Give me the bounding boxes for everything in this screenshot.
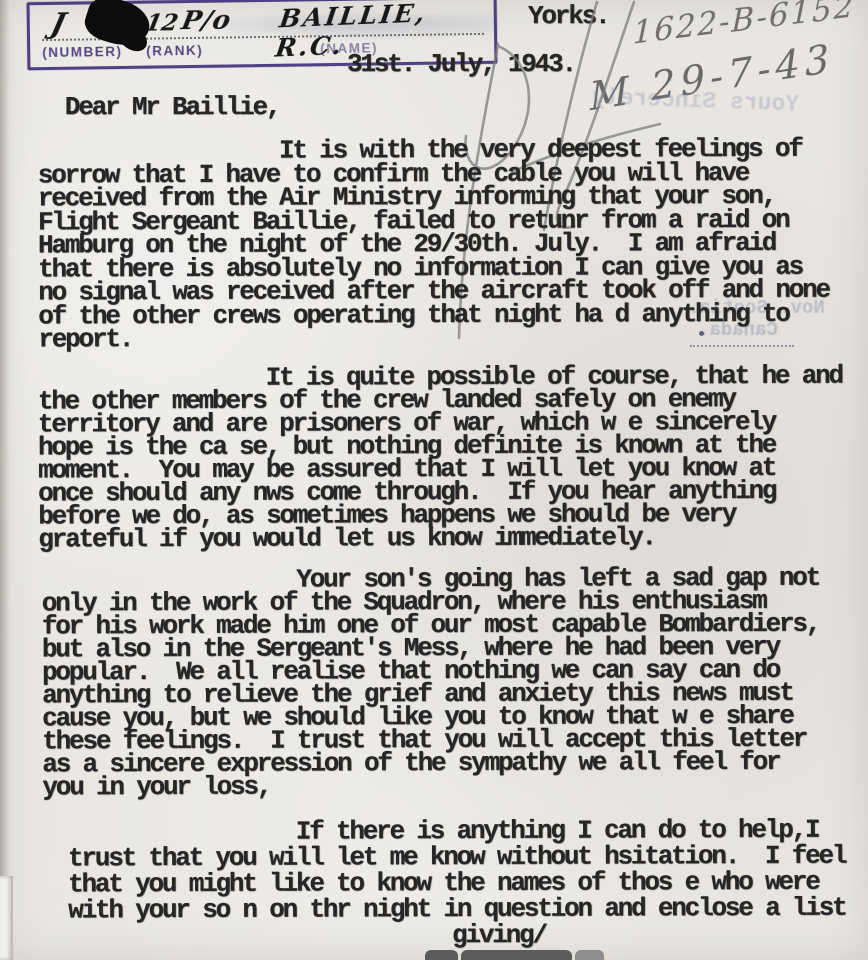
region-line: Yorks.	[528, 1, 608, 31]
stamp-label-rank: (RANK)	[146, 43, 203, 59]
salutation: Dear Mr Baillie,	[38, 92, 279, 122]
letter-line: grateful if you would let us know immedi…	[38, 526, 842, 552]
handwritten-rank: P/o	[179, 5, 234, 36]
catchword: giving/	[452, 920, 546, 950]
letter-paragraph-4: If there is anything I can do to help,It…	[68, 817, 846, 924]
letter-paragraph-2: It is quite possible of course, that he …	[38, 365, 843, 552]
letter-paragraph-1: It is with the very deepest feelings ofs…	[38, 138, 829, 352]
handwritten-service-number-prefix: J	[48, 7, 69, 40]
bottom-toolbar-button-1[interactable]	[425, 950, 458, 960]
letter-line: of the other crews operating that night …	[38, 302, 829, 328]
bottom-toolbar-button-2[interactable]	[461, 950, 572, 960]
page-left-edge-shadow	[0, 0, 10, 960]
page-corner-bottom-left	[0, 876, 13, 960]
bottom-toolbar-button-3[interactable]	[575, 950, 604, 960]
date-line: 31st. July, 1943.	[347, 49, 575, 79]
stamp-label-number: (NUMBER)	[42, 44, 122, 60]
scanned-letter-page: J 12 P/o BAILLIE, R.C. (NUMBER) (RANK) (…	[0, 0, 868, 960]
letter-paragraph-3: Your son's going has left a sad gap noto…	[42, 567, 820, 800]
